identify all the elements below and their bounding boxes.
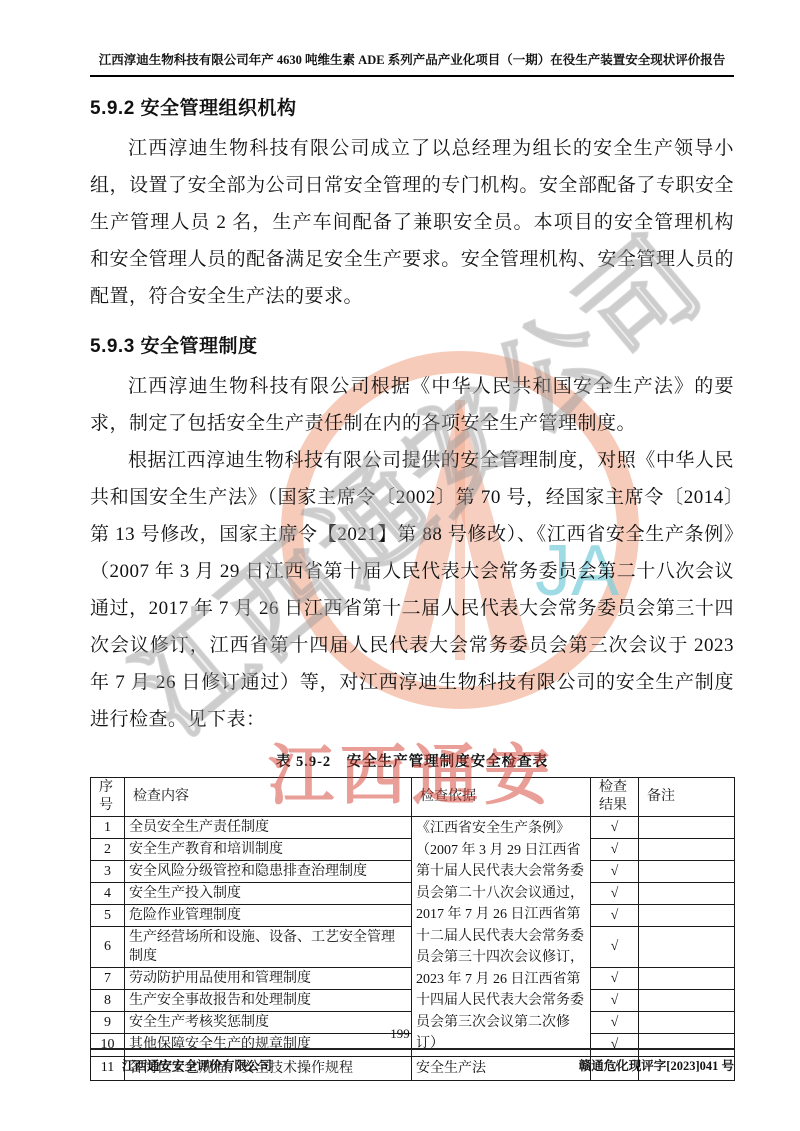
paragraph: 根据江西淳迪生物科技有限公司提供的安全管理制度，对照《中华人民共和国安全生产法》… — [90, 442, 734, 738]
cell-note — [639, 990, 735, 1012]
cell-content: 劳动防护用品使用和管理制度 — [125, 968, 412, 990]
table-row: 1全员安全生产责任制度《江西省安全生产条例》（2007 年 3 月 29 日江西… — [91, 817, 735, 839]
cell-content: 安全生产教育和培训制度 — [125, 839, 412, 861]
cell-no: 2 — [91, 839, 125, 861]
col-header-basis: 检查依据 — [412, 778, 591, 817]
cell-note — [639, 905, 735, 927]
running-footer: 江西通安安全评价有限公司 赣通危化现评字[2023]041 号 — [90, 1048, 734, 1074]
cell-result: √ — [591, 968, 639, 990]
cell-result: √ — [591, 905, 639, 927]
col-header-no: 序号 — [91, 778, 125, 817]
footer-doc-number: 赣通危化现评字[2023]041 号 — [579, 1056, 734, 1074]
cell-no: 1 — [91, 817, 125, 839]
table-caption: 表 5.9-2 安全生产管理制度安全检查表 — [90, 750, 734, 771]
cell-note — [639, 927, 735, 968]
cell-content: 安全风险分级管控和隐患排查治理制度 — [125, 861, 412, 883]
cell-note — [639, 817, 735, 839]
cell-no: 8 — [91, 990, 125, 1012]
cell-note — [639, 968, 735, 990]
cell-content: 生产经营场所和设施、设备、工艺安全管理制度 — [125, 927, 412, 968]
table-header-row: 序号 检查内容 检查依据 检查结果 备注 — [91, 778, 735, 817]
cell-no: 6 — [91, 927, 125, 968]
section-heading-592: 5.9.2 安全管理组织机构 — [90, 93, 734, 120]
cell-result: √ — [591, 861, 639, 883]
col-header-note: 备注 — [639, 778, 735, 817]
cell-no: 4 — [91, 883, 125, 905]
cell-content: 全员安全生产责任制度 — [125, 817, 412, 839]
footer-company: 江西通安安全评价有限公司 — [90, 1056, 272, 1074]
section-heading-593: 5.9.3 安全管理制度 — [90, 331, 734, 358]
col-header-content: 检查内容 — [125, 778, 412, 817]
cell-result: √ — [591, 839, 639, 861]
cell-content: 生产安全事故报告和处理制度 — [125, 990, 412, 1012]
cell-no: 3 — [91, 861, 125, 883]
cell-note — [639, 883, 735, 905]
cell-basis: 《江西省安全生产条例》（2007 年 3 月 29 日江西省第十届人民代表大会常… — [412, 817, 591, 1057]
running-header: 江西淳迪生物科技有限公司年产 4630 吨维生素 ADE 系列产品产业化项目（一… — [90, 50, 734, 77]
cell-note — [639, 861, 735, 883]
cell-no: 5 — [91, 905, 125, 927]
cell-note — [639, 839, 735, 861]
cell-no: 7 — [91, 968, 125, 990]
page-number: 199 — [0, 1026, 800, 1042]
document-page: JA 江西通安公司 江西通安 江西淳迪生物科技有限公司年产 4630 吨维生素 … — [0, 0, 800, 1131]
cell-result: √ — [591, 990, 639, 1012]
cell-content: 安全生产投入制度 — [125, 883, 412, 905]
cell-result: √ — [591, 817, 639, 839]
cell-result: √ — [591, 883, 639, 905]
paragraph: 江西淳迪生物科技有限公司根据《中华人民共和国安全生产法》的要求，制定了包括安全生… — [90, 368, 734, 442]
col-header-result: 检查结果 — [591, 778, 639, 817]
cell-content: 危险作业管理制度 — [125, 905, 412, 927]
cell-result: √ — [591, 927, 639, 968]
paragraph: 江西淳迪生物科技有限公司成立了以总经理为组长的安全生产领导小组，设置了安全部为公… — [90, 130, 734, 315]
page-content: 江西淳迪生物科技有限公司年产 4630 吨维生素 ADE 系列产品产业化项目（一… — [0, 0, 800, 1081]
